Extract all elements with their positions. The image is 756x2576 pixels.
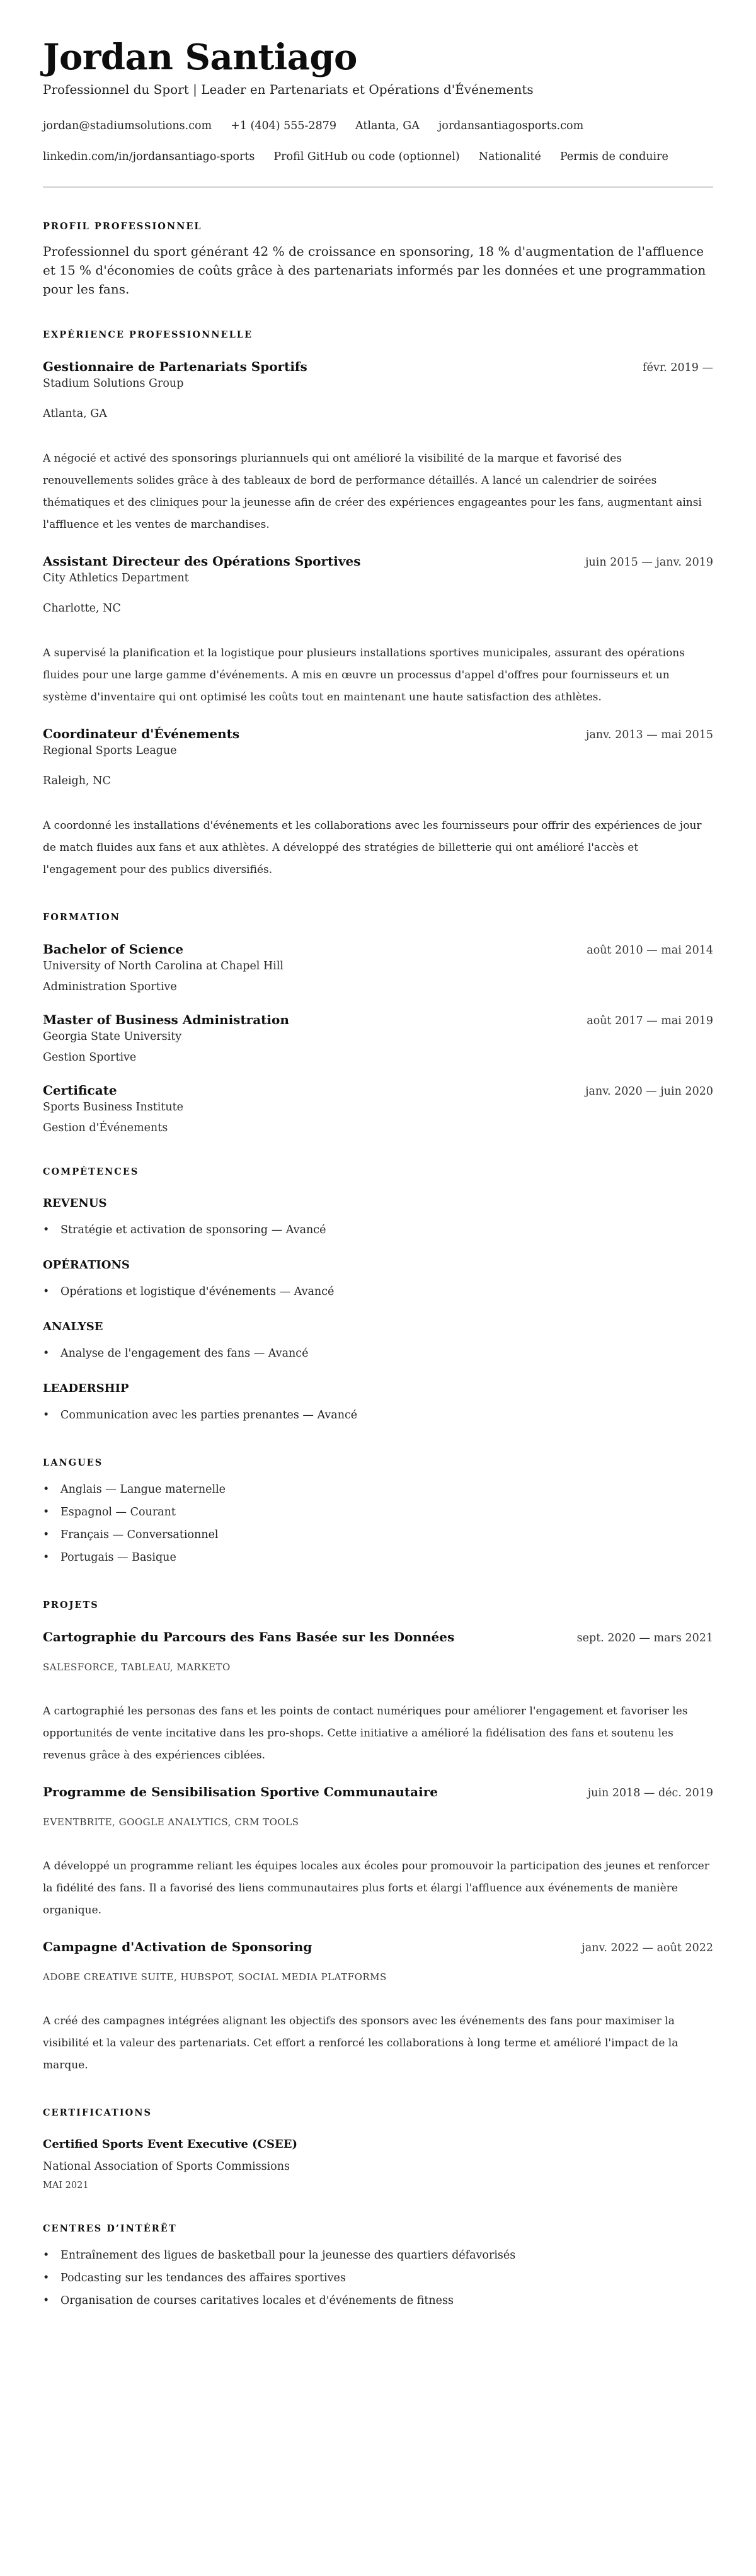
field-of-study: Gestion d'Événements xyxy=(43,1120,713,1136)
skill-category-name: LEADERSHIP xyxy=(43,1381,713,1396)
contact-list: jordan@stadiumsolutions.com +1 (404) 555… xyxy=(43,111,713,173)
section-languages: Langues Anglais — Langue maternelle Espa… xyxy=(43,1457,713,1569)
job-company: City Athletics Department xyxy=(43,571,713,586)
section-title-certifications: Certifications xyxy=(43,2107,713,2119)
project-tech-stack: Eventbrite, Google Analytics, CRM Tools xyxy=(43,1815,713,1829)
section-experience: Expérience professionnelle Gestionnaire … xyxy=(43,329,713,881)
skill-item: Stratégie et activation de sponsoring — … xyxy=(43,1219,713,1241)
certification-issuer: National Association of Sports Commissio… xyxy=(43,2158,713,2175)
job-title: Assistant Directeur des Opérations Sport… xyxy=(43,552,360,570)
contact-location: Atlanta, GA xyxy=(355,111,420,142)
language-item: Portugais — Basique xyxy=(43,1546,713,1569)
skill-category-name: ANALYSE xyxy=(43,1319,713,1335)
project-dates: janv. 2022 — août 2022 xyxy=(581,1940,713,1956)
project-tech-stack: Salesforce, Tableau, Marketo xyxy=(43,1660,713,1674)
language-item: Français — Conversationnel xyxy=(43,1524,713,1546)
job-dates: juin 2015 — janv. 2019 xyxy=(585,554,713,571)
section-title-education: Formation xyxy=(43,911,713,924)
project-title: Campagne d'Activation de Sponsoring xyxy=(43,1938,312,1956)
header-divider xyxy=(43,186,713,188)
project-title: Cartographie du Parcours des Fans Basée … xyxy=(43,1628,454,1646)
education-item: Certificate janv. 2020 — juin 2020 Sport… xyxy=(43,1081,713,1136)
degree-dates: janv. 2020 — juin 2020 xyxy=(585,1083,713,1100)
project-description: A développé un programme reliant les équ… xyxy=(43,1855,713,1922)
contact-phone[interactable]: +1 (404) 555-2879 xyxy=(231,111,336,142)
experience-item: Gestionnaire de Partenariats Sportifs fé… xyxy=(43,358,713,536)
section-projects: Projets Cartographie du Parcours des Fan… xyxy=(43,1599,713,2077)
contact-driving-license: Permis de conduire xyxy=(560,142,668,173)
school-name: Georgia State University xyxy=(43,1029,713,1044)
education-item: Master of Business Administration août 2… xyxy=(43,1011,713,1065)
job-location: Raleigh, NC xyxy=(43,773,713,789)
job-description: A coordonné les installations d'événemen… xyxy=(43,815,713,881)
certification-name: Certified Sports Event Executive (CSEE) xyxy=(43,2137,713,2152)
certification-date: mai 2021 xyxy=(43,2179,713,2192)
summary-text: Professionnel du sport générant 42 % de … xyxy=(43,242,713,299)
section-title-languages: Langues xyxy=(43,1457,713,1469)
school-name: University of North Carolina at Chapel H… xyxy=(43,959,713,974)
resume-header: Jordan Santiago Professionnel du Sport |… xyxy=(43,37,713,173)
degree-title: Master of Business Administration xyxy=(43,1011,289,1029)
skill-category-name: REVENUS xyxy=(43,1196,713,1211)
degree-title: Bachelor of Science xyxy=(43,940,183,958)
section-summary: Profil professionnel Professionnel du sp… xyxy=(43,220,713,299)
contact-linkedin[interactable]: linkedin.com/in/jordansantiago-sports xyxy=(43,142,255,173)
section-title-interests: Centres d’intérêt xyxy=(43,2223,713,2235)
project-item: Cartographie du Parcours des Fans Basée … xyxy=(43,1628,713,1767)
contact-website[interactable]: jordansantiagosports.com xyxy=(438,111,583,142)
language-item: Anglais — Langue maternelle xyxy=(43,1478,713,1501)
job-description: A négocié et activé des sponsorings plur… xyxy=(43,448,713,536)
experience-item: Assistant Directeur des Opérations Sport… xyxy=(43,552,713,709)
candidate-name: Jordan Santiago xyxy=(43,37,713,78)
project-dates: sept. 2020 — mars 2021 xyxy=(577,1630,713,1646)
job-company: Regional Sports League xyxy=(43,743,713,758)
job-location: Atlanta, GA xyxy=(43,406,713,421)
education-item: Bachelor of Science août 2010 — mai 2014… xyxy=(43,940,713,994)
section-skills: Compétences REVENUS Stratégie et activat… xyxy=(43,1166,713,1427)
contact-github[interactable]: Profil GitHub ou code (optionnel) xyxy=(273,142,459,173)
section-title-experience: Expérience professionnelle xyxy=(43,329,713,341)
project-item: Programme de Sensibilisation Sportive Co… xyxy=(43,1783,713,1922)
job-description: A supervisé la planification et la logis… xyxy=(43,642,713,709)
job-dates: janv. 2013 — mai 2015 xyxy=(586,727,713,743)
interest-item: Organisation de courses caritatives loca… xyxy=(43,2289,713,2312)
language-item: Espagnol — Courant xyxy=(43,1501,713,1524)
project-description: A cartographié les personas des fans et … xyxy=(43,1701,713,1767)
skill-category: ANALYSE Analyse de l'engagement des fans… xyxy=(43,1319,713,1365)
skill-category: REVENUS Stratégie et activation de spons… xyxy=(43,1196,713,1241)
school-name: Sports Business Institute xyxy=(43,1100,713,1115)
interest-item: Podcasting sur les tendances des affaire… xyxy=(43,2267,713,2289)
project-description: A créé des campagnes intégrées alignant … xyxy=(43,2010,713,2077)
job-company: Stadium Solutions Group xyxy=(43,376,713,391)
contact-email[interactable]: jordan@stadiumsolutions.com xyxy=(43,111,212,142)
field-of-study: Gestion Sportive xyxy=(43,1050,713,1065)
resume-page: Jordan Santiago Professionnel du Sport |… xyxy=(0,0,756,2337)
project-tech-stack: Adobe Creative Suite, HubSpot, Social Me… xyxy=(43,1970,713,1984)
skill-category: LEADERSHIP Communication avec les partie… xyxy=(43,1381,713,1427)
skill-item: Communication avec les parties prenantes… xyxy=(43,1404,713,1427)
job-location: Charlotte, NC xyxy=(43,601,713,616)
certification-item: Certified Sports Event Executive (CSEE) … xyxy=(43,2137,713,2192)
section-title-skills: Compétences xyxy=(43,1166,713,1178)
degree-dates: août 2017 — mai 2019 xyxy=(587,1013,713,1029)
section-certifications: Certifications Certified Sports Event Ex… xyxy=(43,2107,713,2192)
interest-item: Entraînement des ligues de basketball po… xyxy=(43,2244,713,2267)
job-title: Coordinateur d'Événements xyxy=(43,725,239,743)
job-title: Gestionnaire de Partenariats Sportifs xyxy=(43,358,307,375)
degree-dates: août 2010 — mai 2014 xyxy=(587,942,713,959)
experience-item: Coordinateur d'Événements janv. 2013 — m… xyxy=(43,725,713,881)
contact-nationality: Nationalité xyxy=(479,142,541,173)
project-title: Programme de Sensibilisation Sportive Co… xyxy=(43,1783,438,1801)
project-dates: juin 2018 — déc. 2019 xyxy=(588,1785,713,1801)
skill-category-name: OPÉRATIONS xyxy=(43,1258,713,1273)
candidate-headline: Professionnel du Sport | Leader en Parte… xyxy=(43,81,713,98)
section-education: Formation Bachelor of Science août 2010 … xyxy=(43,911,713,1136)
section-title-projects: Projets xyxy=(43,1599,713,1612)
job-dates: févr. 2019 — xyxy=(643,360,713,376)
field-of-study: Administration Sportive xyxy=(43,979,713,994)
project-item: Campagne d'Activation de Sponsoring janv… xyxy=(43,1938,713,2077)
skill-item: Opérations et logistique d'événements — … xyxy=(43,1280,713,1303)
section-interests: Centres d’intérêt Entraînement des ligue… xyxy=(43,2223,713,2312)
skill-item: Analyse de l'engagement des fans — Avanc… xyxy=(43,1342,713,1365)
section-title-summary: Profil professionnel xyxy=(43,220,713,233)
skill-category: OPÉRATIONS Opérations et logistique d'év… xyxy=(43,1258,713,1303)
degree-title: Certificate xyxy=(43,1081,117,1099)
